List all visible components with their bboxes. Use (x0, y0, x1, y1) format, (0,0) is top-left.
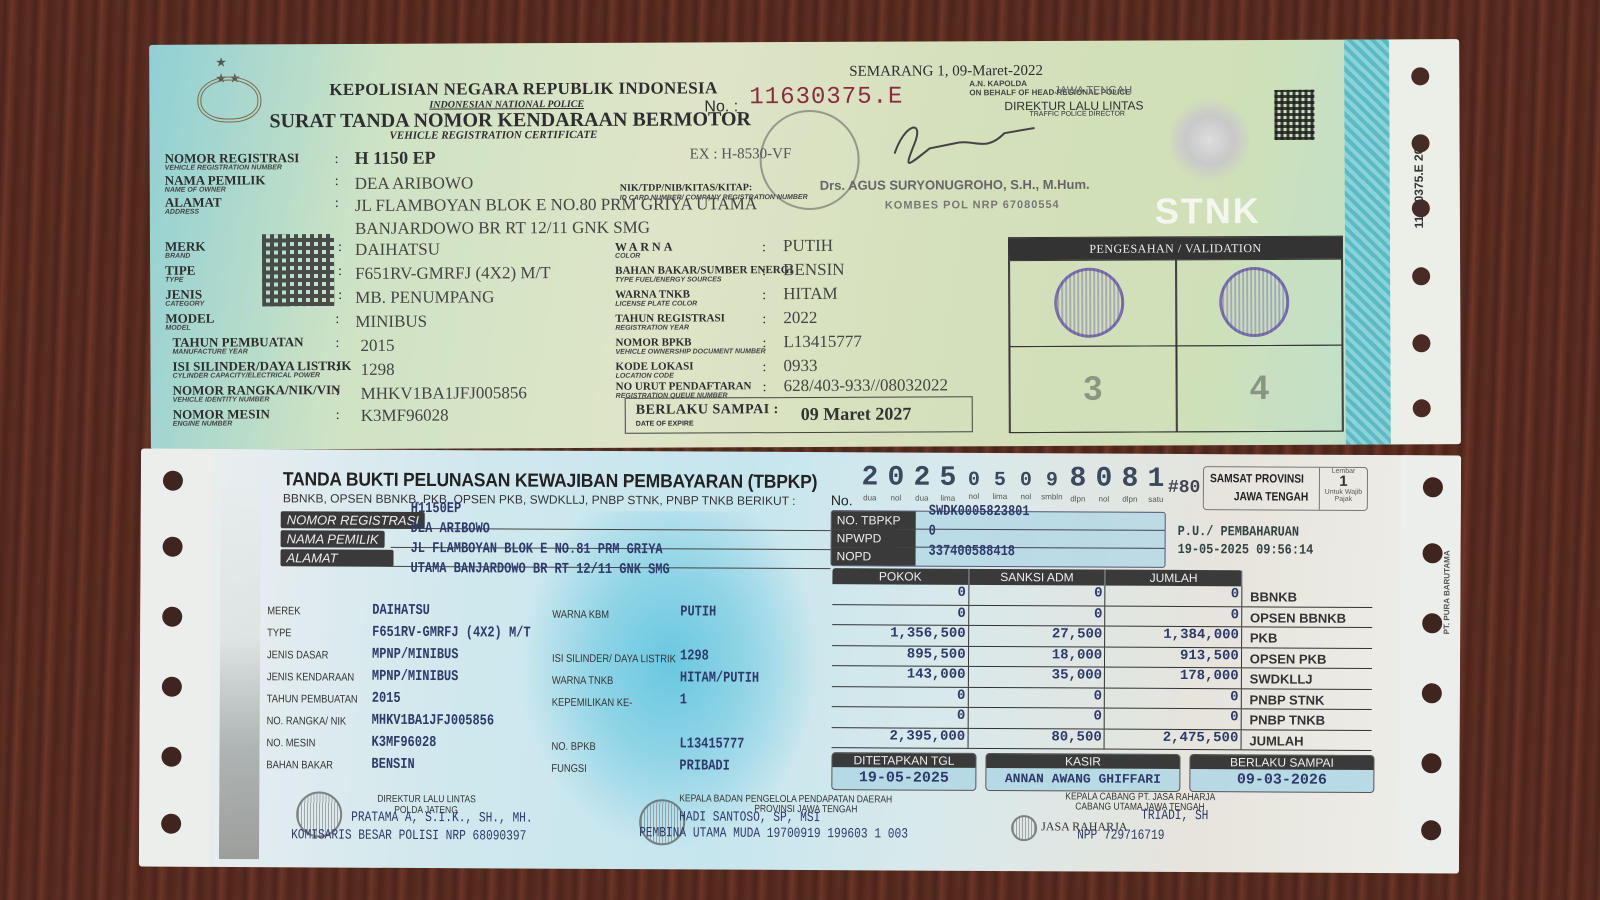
punch-hole (1423, 477, 1443, 497)
field-sublabel: Vehicle Ownership Document Number (615, 348, 765, 357)
field-label: NOMOR BPKB (615, 336, 765, 349)
qr-code-icon (262, 234, 334, 306)
fee-sanksi: 80,500 (968, 728, 1105, 748)
vehicle-value: 1298 (680, 647, 709, 664)
digit: 5 (994, 469, 1006, 492)
fee-pokok: 1,356,500 (832, 625, 969, 645)
field-label: TIPE (165, 265, 195, 277)
vehicle-label: TYPE (267, 627, 291, 639)
security-strip (219, 489, 261, 859)
fee-row: 000OPSEN BBNKB (832, 605, 1372, 628)
sheet-sub: Untuk Wajib Pajak (1325, 489, 1363, 503)
field-sublabel: Engine Number (173, 420, 270, 428)
samsat-box: SAMSAT PROVINSI JAWA TENGAH Lembar 1 Unt… (1203, 466, 1368, 511)
digit: 2 (861, 462, 878, 493)
vehicle-label: JENIS DASAR (267, 649, 328, 661)
stnk-field-label: KODE LOKASILocation Code (616, 360, 694, 380)
digit: 9 (1046, 469, 1058, 492)
stnk-field-label: NOMOR RANGKA/NIK/VINVehicle Identity Num… (173, 384, 341, 405)
expiry-date: 09 Maret 2027 (801, 404, 912, 425)
vehicle-right-fields: WARNA KBMPUTIHISI SILINDER/ DAYA LISTRIK… (141, 449, 1461, 456)
field-value-line2: BANJARDOWO BR RT 12/11 GNK SMG (355, 218, 650, 239)
digit: 0 (1020, 469, 1032, 492)
officer1-id: KOMISARIS BESAR POLISI NRP 68090397 (291, 827, 526, 844)
field-sublabel: Brand (165, 253, 205, 261)
perforated-strip (1389, 39, 1461, 444)
colon: : (762, 312, 766, 328)
col-sanksi: SANKSI ADM (969, 569, 1106, 586)
digit: 0 (887, 462, 904, 493)
expiry-box: BERLAKU SAMPAI : DATE OF EXPIRE 09 Maret… (625, 396, 973, 434)
signature (884, 113, 1054, 174)
vehicle-value: K3MF96028 (372, 734, 437, 751)
field-label: ALAMAT (165, 197, 222, 209)
colon: : (338, 240, 342, 256)
vehicle-label: FUNGSI (551, 763, 586, 775)
field-sublabel: Name of Owner (165, 186, 266, 194)
punch-hole (1412, 267, 1430, 285)
colon: : (338, 288, 342, 304)
digit: 8 (1121, 464, 1138, 495)
field-sublabel: Model (165, 325, 214, 333)
officer1-name: PRATAMA A, S.I.K., SH., MH. (351, 810, 533, 827)
perforated-strip-left (139, 449, 211, 867)
fee-jumlah: 0 (1105, 688, 1242, 708)
digit: 0 (1095, 464, 1112, 495)
stnk-field-label: WARNAColor (615, 241, 675, 261)
vehicle-value: 1 (680, 691, 687, 708)
vehicle-label: NO. RANGKA/ NIK (267, 715, 347, 727)
samsat-line1: SAMSAT PROVINSI (1210, 471, 1304, 485)
field-value: MHKV1BA1JFJ005856 (361, 383, 527, 404)
transaction-datetime: 19-05-2025 09:56:14 (1178, 542, 1314, 559)
cashier-name: ANNAN AWANG GHIFFARI (986, 768, 1179, 791)
doc-no-label: No. : (704, 98, 738, 116)
punch-hole (161, 747, 181, 767)
punch-hole (162, 677, 182, 697)
stnk-field-label: MERKBrand (165, 241, 206, 261)
vehicle-value: MPNP/MINIBUS (372, 668, 459, 685)
owner-name: DEA ARIBOWO (411, 520, 490, 537)
owner-label-reg: NOMOR REGISTRASI (281, 511, 425, 529)
fee-pokok: 0 (832, 687, 969, 707)
tbpkp-number: SWDK0005823801 (929, 503, 1030, 521)
colon: : (335, 336, 339, 352)
field-label: NOMOR MESIN (173, 408, 270, 420)
assessed-date-label: DITETAPKAN TGL (832, 753, 975, 768)
stnk-field-label: BAHAN BAKAR/SUMBER ENERGIType Fuel/Energ… (615, 264, 794, 285)
nik-field: NIK/TDP/NIB/KITAS/KITAP: ID Card Number/… (620, 182, 808, 203)
digit-word: dlpn (1117, 495, 1143, 504)
receipt-digit: 5lima (935, 463, 961, 503)
officer2-id: PEMBINA UTAMA MUDA 19700919 199603 1 003 (639, 825, 908, 842)
perforated-strip-right (1399, 455, 1461, 873)
field-label: MODEL (165, 313, 214, 325)
fee-sanksi: 0 (969, 605, 1106, 625)
digit: 1 (1147, 464, 1164, 495)
field-value: MINIBUS (355, 312, 427, 332)
fee-row: 143,00035,000178,000SWDKLLJ (832, 666, 1372, 689)
field-label: WARNA TNKB (615, 288, 697, 300)
validation-title: PENGESAHAN / VALIDATION (1009, 237, 1342, 260)
field-label: WARNA (615, 241, 675, 253)
receipt-digit: 8dlpn (1065, 463, 1091, 503)
field-label: MERK (165, 241, 206, 253)
colon: : (763, 360, 767, 376)
field-value: HITAM (783, 284, 837, 304)
vehicle-label: NO. MESIN (267, 737, 316, 749)
info-label: NPWPD (832, 529, 916, 547)
fee-jumlah: 0 (1105, 709, 1242, 729)
owner-address-1: JL FLAMBOYAN BLOK E NO.81 PRM GRIYA (411, 540, 663, 558)
digit-word: smbln (1039, 492, 1065, 501)
samsat-line2: JAWA TENGAH (1234, 489, 1309, 503)
field-value: BENSIN (783, 260, 844, 280)
punch-hole (1422, 613, 1442, 633)
fee-jumlah: 2,475,500 (1105, 729, 1242, 749)
fee-table: POKOK SANKSI ADM JUMLAH 000BBNKB000OPSEN… (832, 568, 1373, 751)
ex-plate: EX : H-8530-VF (690, 146, 792, 163)
receipt-digit: 2dua (857, 462, 883, 502)
vehicle-value: 2015 (372, 690, 401, 707)
on-behalf-text: A.N. KAPOLDA (969, 79, 1027, 88)
stnk-field-label: ISI SILINDER/DAYA LISTRIKCylinder Capaci… (173, 360, 352, 381)
fee-row: 000PNBP TNKB (832, 707, 1372, 730)
validation-cell-3: 3 (1009, 345, 1176, 433)
institution-name: KEPOLISIAN NEGARA REPUBLIK INDONESIA (329, 78, 717, 100)
field-sublabel: Type Fuel/Energy Sources (615, 276, 794, 285)
fee-name: OPSEN BBNKB (1242, 607, 1346, 627)
field-sublabel: Category (165, 301, 204, 309)
receipt-number: 2dua0nol2dua5lima0nol5lima0nol9smbln8dlp… (857, 462, 1169, 504)
colon: : (762, 240, 766, 256)
validation-stamp-icon (1054, 268, 1124, 338)
officer3-id: NPP 729716719 (1077, 827, 1164, 843)
punch-hole (161, 814, 181, 834)
punch-hole (1423, 543, 1443, 563)
fee-jumlah: 178,000 (1105, 668, 1242, 688)
vehicle-value: HITAM/PUTIH (680, 669, 759, 686)
fee-name: SWDKLLJ (1242, 668, 1313, 688)
punch-hole (1412, 334, 1430, 352)
field-label: NO URUT PENDAFTARAN (616, 380, 752, 393)
stnk-field-label: TAHUN PEMBUATANManufacture Year (172, 336, 303, 357)
fee-name: JUMLAH (1241, 730, 1303, 750)
field-label: BAHAN BAKAR/SUMBER ENERGI (615, 264, 794, 277)
punch-hole (1422, 683, 1442, 703)
fee-pokok: 2,395,000 (832, 728, 969, 748)
field-value: DEA ARIBOWO (355, 173, 474, 194)
fee-jumlah: 913,500 (1105, 647, 1242, 667)
expiry-sub: DATE OF EXPIRE (636, 420, 694, 427)
owner-label-name: NAMA PEMILIK (281, 530, 385, 548)
field-value: H 1150 EP (355, 148, 436, 169)
fee-sanksi: 0 (968, 687, 1105, 707)
receipt-digit: 0nol (883, 462, 909, 502)
digit: 2 (913, 463, 930, 494)
field-value: 0933 (783, 356, 817, 376)
digit-word: nol (961, 492, 987, 501)
fee-pokok: 143,000 (832, 666, 969, 686)
field-value: 2015 (360, 336, 394, 356)
fee-rows: 000BBNKB000OPSEN BBNKB1,356,50027,5001,3… (832, 584, 1373, 751)
hologram-emblem-icon (1169, 95, 1249, 185)
vehicle-value: DAIHATSU (372, 602, 430, 619)
tbpkp-receipt: PT. PURA BARUTAMA TANDA BUKTI PELUNASAN … (139, 449, 1461, 874)
info-label: NO. TBPKP (832, 511, 916, 529)
fee-row: 895,50018,000913,500OPSEN PKB (832, 646, 1372, 669)
valid-until-box: BERLAKU SAMPAI 09-03-2026 (1189, 754, 1374, 793)
jasa-raharja-logo-icon (1011, 815, 1037, 841)
field-sublabel: Manufacture Year (172, 348, 303, 357)
field-sublabel: Type (165, 277, 195, 285)
receipt-digit: 9smbln (1039, 463, 1065, 503)
assessed-date-box: DITETAPKAN TGL 19-05-2025 (831, 752, 976, 791)
digit-word: lima (987, 492, 1013, 501)
printer-name: PT. PURA BARUTAMA (1442, 550, 1451, 634)
validation-box: PENGESAHAN / VALIDATION 3 4 (1008, 236, 1344, 433)
field-value: K3MF96028 (361, 406, 449, 426)
security-band (1344, 39, 1391, 444)
punch-hole (1411, 67, 1429, 85)
digit-word: lima (935, 494, 961, 503)
fee-jumlah: 0 (1105, 586, 1242, 606)
stnk-field-label: MODELModel (165, 313, 214, 333)
colon: : (763, 380, 767, 396)
officer3-name: TRIADI, SH (1141, 808, 1208, 824)
digit-word: nol (1091, 495, 1117, 504)
vehicle-value: MHKV1BA1JFJ005856 (372, 712, 495, 730)
stnk-certificate: 11630375.E 2021 ★★★ KEPOLISIAN NEGARA RE… (149, 39, 1461, 450)
digit: 5 (939, 463, 956, 494)
owner-address-2: UTAMA BANJARDOWO BR RT 12/11 GNK SMG (410, 560, 669, 578)
field-sublabel: Cylinder Capacity/Electrical Power (173, 372, 352, 381)
field-label: KODE LOKASI (616, 360, 694, 372)
fee-row: 000PNBP STNK (832, 687, 1372, 710)
vehicle-value: F651RV-GMRFJ (4X2) M/T (372, 624, 531, 642)
digit-word: nol (1013, 492, 1039, 501)
field-label: ISI SILINDER/DAYA LISTRIK (173, 360, 352, 373)
vehicle-label: MEREK (267, 605, 300, 617)
stnk-field-label: TAHUN REGISTRASIRegistration Year (615, 312, 725, 332)
fee-name: PNBP STNK (1242, 689, 1325, 709)
fee-row: 000BBNKB (832, 584, 1372, 607)
stnk-field-label: JENISCategory (165, 289, 204, 309)
stnk-field-label: WARNA TNKBLicense Plate Color (615, 288, 697, 308)
valid-until-label: BERLAKU SAMPAI (1190, 755, 1373, 770)
qr-code-icon (1274, 90, 1314, 140)
digit-word: dua (857, 493, 883, 502)
transaction-type: P.U./ PEMBAHARUAN (1178, 524, 1299, 541)
colon: : (762, 264, 766, 280)
fee-jumlah: 1,384,000 (1105, 627, 1242, 647)
sheet-no: 1 (1320, 475, 1367, 489)
receipt-digit: 0nol (1013, 463, 1039, 503)
field-label: TAHUN PEMBUATAN (172, 336, 303, 349)
receipt-digit: 0nol (961, 463, 987, 503)
digit-word: nol (883, 493, 909, 502)
nik-label: NIK/TDP/NIB/KITAS/KITAP: (620, 182, 808, 195)
fee-sanksi: 0 (968, 708, 1105, 728)
field-value: MB. PENUMPANG (355, 287, 494, 308)
vehicle-label: NO. BPKB (552, 741, 596, 753)
field-label: TAHUN REGISTRASI (615, 312, 725, 324)
owner-label-address: ALAMAT (280, 549, 393, 567)
colon: : (336, 384, 340, 400)
digit-word: satu (1143, 495, 1169, 504)
colon: : (335, 196, 339, 212)
vehicle-label: JENIS KENDARAAN (267, 671, 354, 683)
stnk-field-label: ALAMATAddress (165, 197, 222, 217)
field-sublabel: License Plate Color (615, 300, 697, 308)
field-label: NOMOR REGISTRASI (165, 152, 300, 165)
sheet-number: Lembar 1 Untuk Wajib Pajak (1319, 468, 1367, 510)
vehicle-label: KEPEMILIKAN KE- (552, 697, 633, 709)
fee-row: 1,356,50027,5001,384,000PKB (832, 625, 1372, 648)
cashier-label: KASIR (986, 754, 1179, 769)
col-pokok: POKOK (832, 568, 969, 585)
receipt-digit: 8dlpn (1117, 464, 1143, 504)
fee-name: BBNKB (1242, 586, 1297, 606)
digit: 8 (1069, 463, 1086, 494)
punch-hole (1413, 399, 1431, 417)
fee-sanksi: 18,000 (969, 646, 1106, 666)
field-value: 2022 (783, 308, 817, 328)
nik-sub: ID Card Number/ Company Registration Num… (620, 194, 808, 203)
vehicle-label: ISI SILINDER/ DAYA LISTRIK (552, 653, 676, 666)
fee-sanksi: 27,500 (969, 626, 1106, 646)
receipt-digit: 5lima (987, 463, 1013, 503)
valid-until-date: 09-03-2026 (1190, 769, 1373, 792)
stnk-field-label: TIPEType (165, 265, 195, 285)
digit-word: dua (909, 494, 935, 503)
stnk-watermark: STNK (1155, 190, 1261, 232)
fee-row: 2,395,00080,5002,475,500JUMLAH (832, 728, 1372, 751)
nopd-value: 337400588418 (929, 543, 1016, 560)
field-value: 1298 (360, 360, 394, 380)
colon: : (762, 336, 766, 352)
field-value: DAIHATSU (355, 240, 440, 260)
field-value: F651RV-GMRFJ (4X2) M/T (355, 263, 551, 284)
document-title-en: VEHICLE REGISTRATION CERTIFICATE (389, 129, 597, 142)
receipt-number-suffix: #80 (1168, 478, 1201, 498)
validation-cell-4: 4 (1176, 345, 1343, 433)
signatory-rank: KOMBES POL NRP 67080554 (885, 199, 1060, 212)
fee-jumlah: 0 (1105, 606, 1242, 626)
field-sublabel: Color (615, 253, 675, 261)
assessed-date: 19-05-2025 (832, 767, 975, 790)
stnk-field-label: NOMOR MESINEngine Number (173, 408, 270, 428)
stnk-right-fields: WARNAColor:PUTIHBAHAN BAKAR/SUMBER ENERG… (149, 39, 1459, 45)
stnk-field-label: NOMOR REGISTRASIVehicle Registration Num… (165, 152, 300, 173)
owner-reg-no: H1150EP (411, 500, 462, 517)
receipt-digit: 2dua (909, 463, 935, 503)
vehicle-label: TAHUN PEMBUATAN (267, 693, 358, 705)
field-value: L13415777 (783, 332, 861, 352)
colon: : (762, 288, 766, 304)
vehicle-label: WARNA KBM (552, 609, 609, 621)
field-sublabel: Vehicle Identity Number (173, 396, 341, 405)
receipt-no-label: No. (831, 492, 853, 508)
vehicle-label: BAHAN BAKAR (266, 759, 333, 771)
vehicle-label: WARNA TNKB (552, 675, 613, 687)
vehicle-value: PUTIH (680, 603, 716, 620)
field-label: NOMOR RANGKA/NIK/VIN (173, 384, 341, 397)
fee-name: PNBP TNKB (1241, 709, 1325, 729)
officer2-name: HADI SANTOSO, SP, MSI (679, 809, 820, 826)
vehicle-left-fields: MEREKDAIHATSUTYPEF651RV-GMRFJ (4X2) M/TJ… (141, 449, 1461, 456)
fee-pokok: 895,500 (832, 646, 969, 666)
fee-pokok: 0 (832, 707, 969, 727)
field-value: PUTIH (783, 236, 833, 256)
validation-stamp-icon (1219, 267, 1289, 337)
digit: 0 (968, 469, 980, 492)
col-jumlah: JUMLAH (1106, 570, 1243, 587)
punch-hole (163, 471, 183, 491)
police-emblem-icon: ★★★ (189, 54, 269, 124)
receipt-digit: 1satu (1143, 464, 1169, 504)
colon: : (335, 152, 339, 168)
colon: : (335, 312, 339, 328)
vehicle-value: BENSIN (371, 756, 414, 773)
vehicle-value: L13415777 (680, 735, 745, 752)
expiry-label: BERLAKU SAMPAI : (636, 402, 779, 419)
signatory-name: Drs. AGUS SURYONUGROHO, S.H., M.Hum. (820, 177, 1090, 193)
fee-pokok: 0 (832, 605, 969, 625)
punch-hole (162, 607, 182, 627)
field-value: 628/403-933//08032022 (784, 375, 948, 396)
vehicle-value: MPNP/MINIBUS (372, 646, 459, 663)
officer1-title: DIREKTUR LALU LINTAS (377, 794, 476, 806)
vehicle-value: PRIBADI (679, 757, 730, 774)
punch-hole (1421, 820, 1441, 840)
cashier-box: KASIR ANNAN AWANG GHIFFARI (985, 753, 1180, 792)
fee-sanksi: 35,000 (968, 667, 1105, 687)
receipt-digit: 0nol (1091, 464, 1117, 504)
stnk-field-label: NOMOR BPKBVehicle Ownership Document Num… (615, 336, 765, 357)
stnk-field-label: NAMA PEMILIKName of Owner (165, 174, 266, 194)
fee-name: OPSEN PKB (1242, 648, 1327, 668)
colon: : (338, 264, 342, 280)
punch-hole (163, 537, 183, 557)
stnk-left-fields: NOMOR REGISTRASIVehicle Registration Num… (149, 39, 1459, 45)
field-sublabel: Address (165, 209, 222, 217)
colon: : (335, 360, 339, 376)
colon: : (336, 408, 340, 424)
receipt-subtitle: BBNKB, OPSEN BBNKB, PKB, OPSEN PKB, SWDK… (283, 491, 796, 508)
side-serial: 11630375.E 2021 (1412, 134, 1426, 228)
region: JAWA TENGAH (1054, 85, 1132, 97)
fee-sanksi: 0 (969, 585, 1106, 605)
doc-number: 11630375.E (749, 84, 903, 112)
field-label: JENIS (165, 289, 204, 301)
digit-word: dlpn (1065, 494, 1091, 503)
fee-pokok: 0 (832, 584, 969, 604)
field-sublabel: Registration Year (615, 324, 725, 332)
field-label: NAMA PEMILIK (165, 174, 266, 186)
colon: : (335, 174, 339, 190)
punch-hole (1421, 753, 1441, 773)
npwpd-value: 0 (929, 523, 936, 540)
fee-name: PKB (1242, 627, 1278, 647)
info-label: NOPD (832, 547, 916, 565)
receipt-title: TANDA BUKTI PELUNASAN KEWAJIBAN PEMBAYAR… (283, 469, 817, 494)
